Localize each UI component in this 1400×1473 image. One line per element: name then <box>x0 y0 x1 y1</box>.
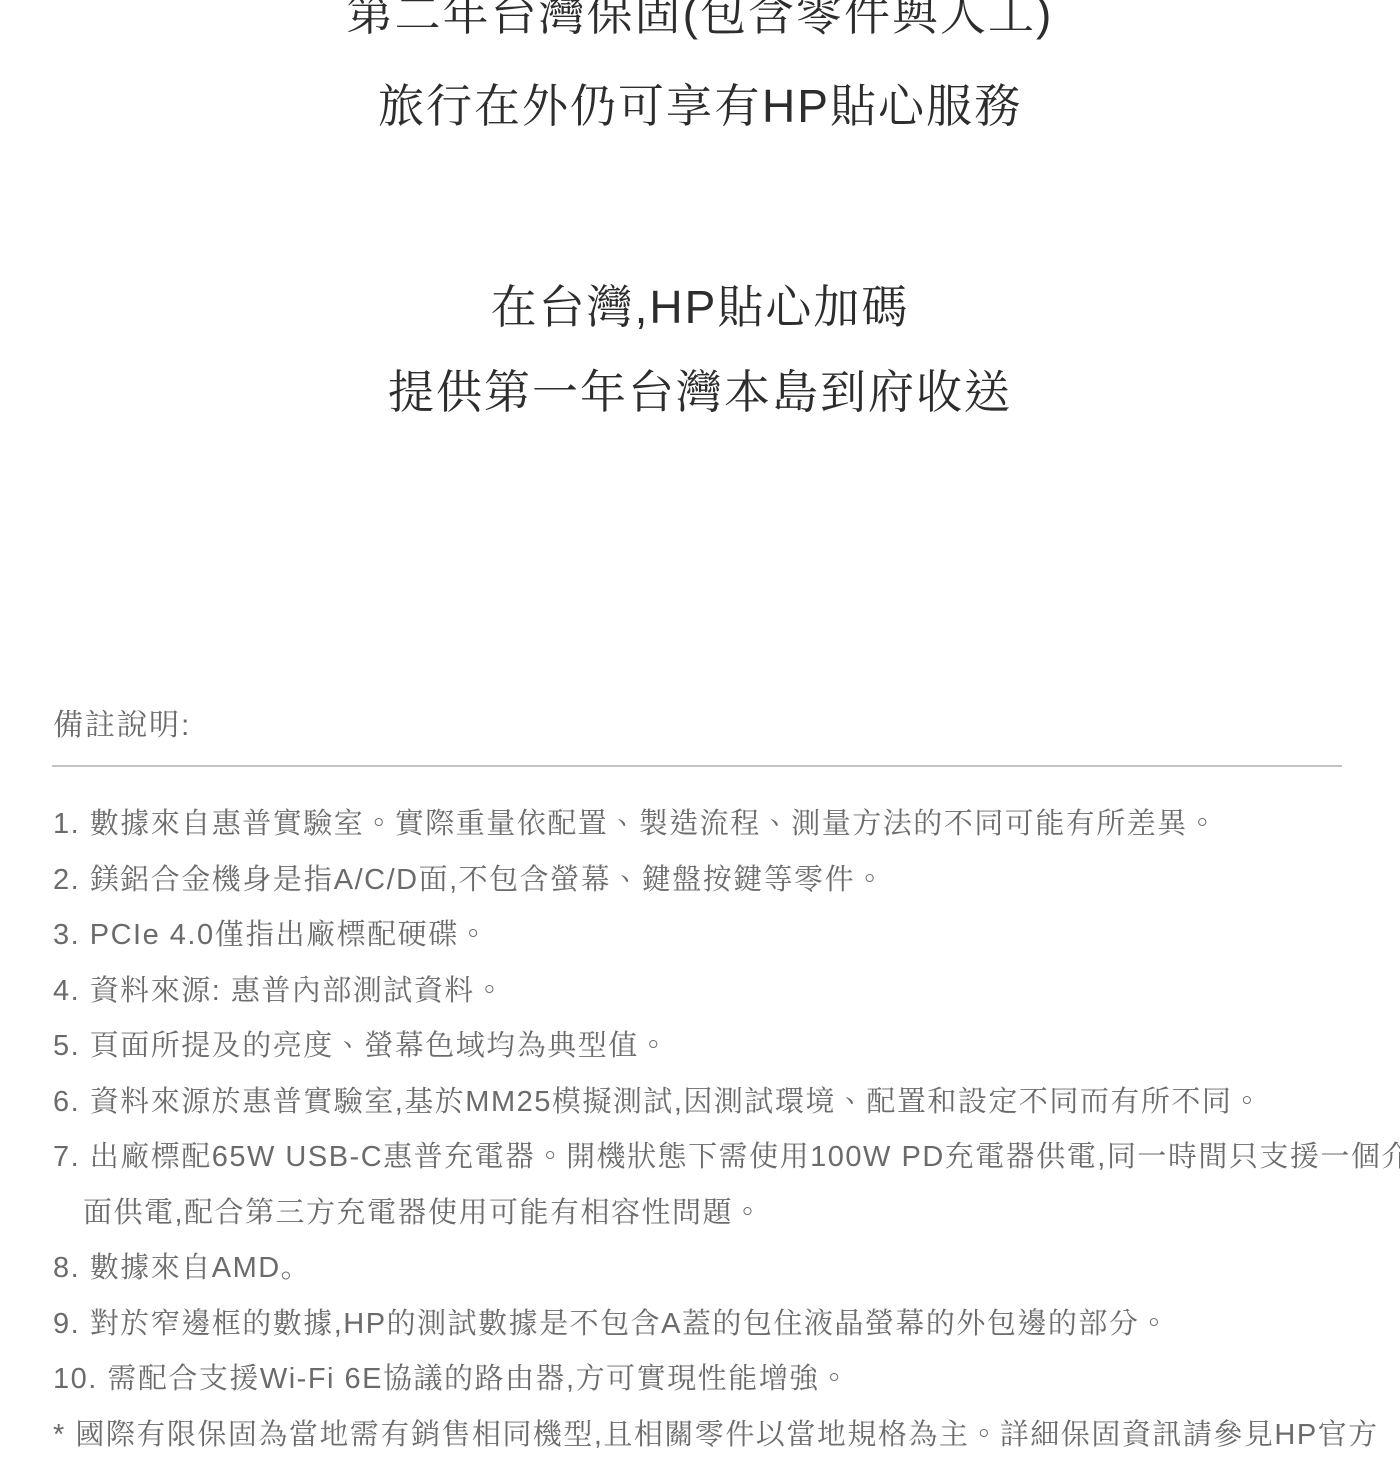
notes-divider <box>52 765 1342 767</box>
footnote-6: 6. 資料來源於惠普實驗室,基於MM25模擬測試,因測試環境、配置和設定不同而有… <box>53 1075 1380 1131</box>
footnote-10: 10. 需配合支援Wi-Fi 6E協議的路由器,方可實現性能增強。 <box>53 1352 1380 1408</box>
footnote-9: 9. 對於窄邊框的數據,HP的測試數據是不包含A蓋的包住液晶螢幕的外包邊的部分。 <box>53 1297 1380 1353</box>
footnotes-list: 1. 數據來自惠普實驗室。實際重量依配置、製造流程、測量方法的不同可能有所差異。… <box>53 797 1380 1463</box>
product-info-page: 第二年台灣保固(包含零件與人工) 旅行在外仍可享有HP貼心服務 在台灣,HP貼心… <box>0 0 1400 1473</box>
footnote-asterisk-warranty: * 國際有限保固為當地需有銷售相同機型,且相關零件以當地規格為主。詳細保固資訊請… <box>53 1408 1380 1464</box>
footnote-5: 5. 頁面所提及的亮度、螢幕色域均為典型值。 <box>53 1019 1380 1075</box>
footnote-2: 2. 鎂鋁合金機身是指A/C/D面,不包含螢幕、鍵盤按鍵等零件。 <box>53 853 1380 909</box>
headline-travel-service: 旅行在外仍可享有HP貼心服務 <box>0 80 1400 133</box>
footnote-8: 8. 數據來自AMD。 <box>53 1241 1380 1297</box>
footnote-7-line-1: 7. 出廠標配65W USB-C惠普充電器。開機狀態下需使用100W PD充電器… <box>53 1130 1380 1186</box>
notes-section-title: 備註說明: <box>53 708 191 744</box>
headline-second-year-warranty: 第二年台灣保固(包含零件與人工) <box>0 0 1400 41</box>
headline-pickup-delivery: 提供第一年台灣本島到府收送 <box>0 366 1400 419</box>
footnote-1: 1. 數據來自惠普實驗室。實際重量依配置、製造流程、測量方法的不同可能有所差異。 <box>53 797 1380 853</box>
footnote-4: 4. 資料來源: 惠普內部測試資料。 <box>53 964 1380 1020</box>
headline-taiwan-bonus: 在台灣,HP貼心加碼 <box>0 281 1400 334</box>
footnote-3: 3. PCIe 4.0僅指出廠標配硬碟。 <box>53 908 1380 964</box>
footnote-7-line-2: 面供電,配合第三方充電器使用可能有相容性問題。 <box>53 1186 1380 1242</box>
